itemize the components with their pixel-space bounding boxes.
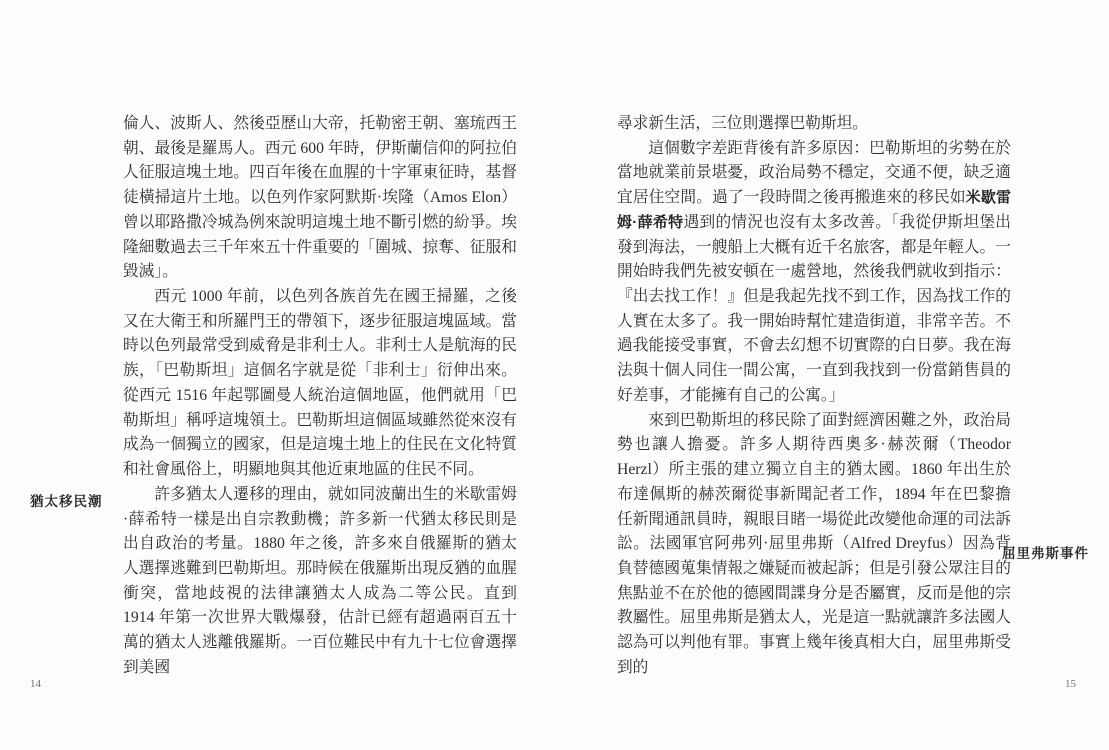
margin-note-jewish-migration-wave: 猶太移民潮 [30, 490, 103, 510]
paragraph: 來到巴勒斯坦的移民除了面對經濟困難之外，政治局勢也讓人擔憂。許多人期待西奧多·赫… [617, 409, 1011, 681]
text-run: 這個數字差距背後有許多原因：巴勒斯坦的劣勢在於當地就業前景堪憂，政治局勢不穩定，… [617, 140, 1011, 206]
text-run: 尋求新生活，三位則選擇巴勒斯坦。 [617, 115, 868, 132]
text-run: 遇到的情況也沒有太多改善。「我從伊斯坦堡出發到海法，一艘船上大概有近千名旅客，都… [617, 214, 1011, 404]
text-run: 許多猶太人遷移的理由，就如同波蘭出生的米歇雷姆·薛希特一樣是出自宗教動機；許多新… [123, 486, 517, 676]
paragraph: 這個數字差距背後有許多原因：巴勒斯坦的劣勢在於當地就業前景堪憂，政治局勢不穩定，… [617, 137, 1011, 409]
text-run: 來到巴勒斯坦的移民除了面對經濟困難之外，政治局勢也讓人擔憂。許多人期待西奧多·赫… [617, 412, 1011, 676]
paragraph: 許多猶太人遷移的理由，就如同波蘭出生的米歇雷姆·薛希特一樣是出自宗教動機；許多新… [123, 483, 517, 681]
paragraph: 西元 1000 年前，以色列各族首先在國王掃羅，之後又在大衛王和所羅門王的帶領下… [123, 285, 517, 483]
page-number-left: 14 [30, 678, 41, 690]
page-number-right: 15 [1065, 678, 1076, 690]
text-run: 倫人、波斯人、然後亞歷山大帝，托勒密王朝、塞琉西王朝、最後是羅馬人。西元 600… [123, 115, 517, 280]
book-spread: 倫人、波斯人、然後亞歷山大帝，托勒密王朝、塞琉西王朝、最後是羅馬人。西元 600… [0, 0, 1109, 750]
left-page-text-column: 倫人、波斯人、然後亞歷山大帝，托勒密王朝、塞琉西王朝、最後是羅馬人。西元 600… [123, 112, 517, 681]
text-run: 西元 1000 年前，以色列各族首先在國王掃羅，之後又在大衛王和所羅門王的帶領下… [123, 288, 517, 478]
paragraph: 倫人、波斯人、然後亞歷山大帝，托勒密王朝、塞琉西王朝、最後是羅馬人。西元 600… [123, 112, 517, 285]
right-page-text-column: 尋求新生活，三位則選擇巴勒斯坦。這個數字差距背後有許多原因：巴勒斯坦的劣勢在於當… [617, 112, 1011, 681]
margin-note-dreyfus-affair: 屈里弗斯事件 [1002, 542, 1089, 562]
paragraph: 尋求新生活，三位則選擇巴勒斯坦。 [617, 112, 1011, 137]
